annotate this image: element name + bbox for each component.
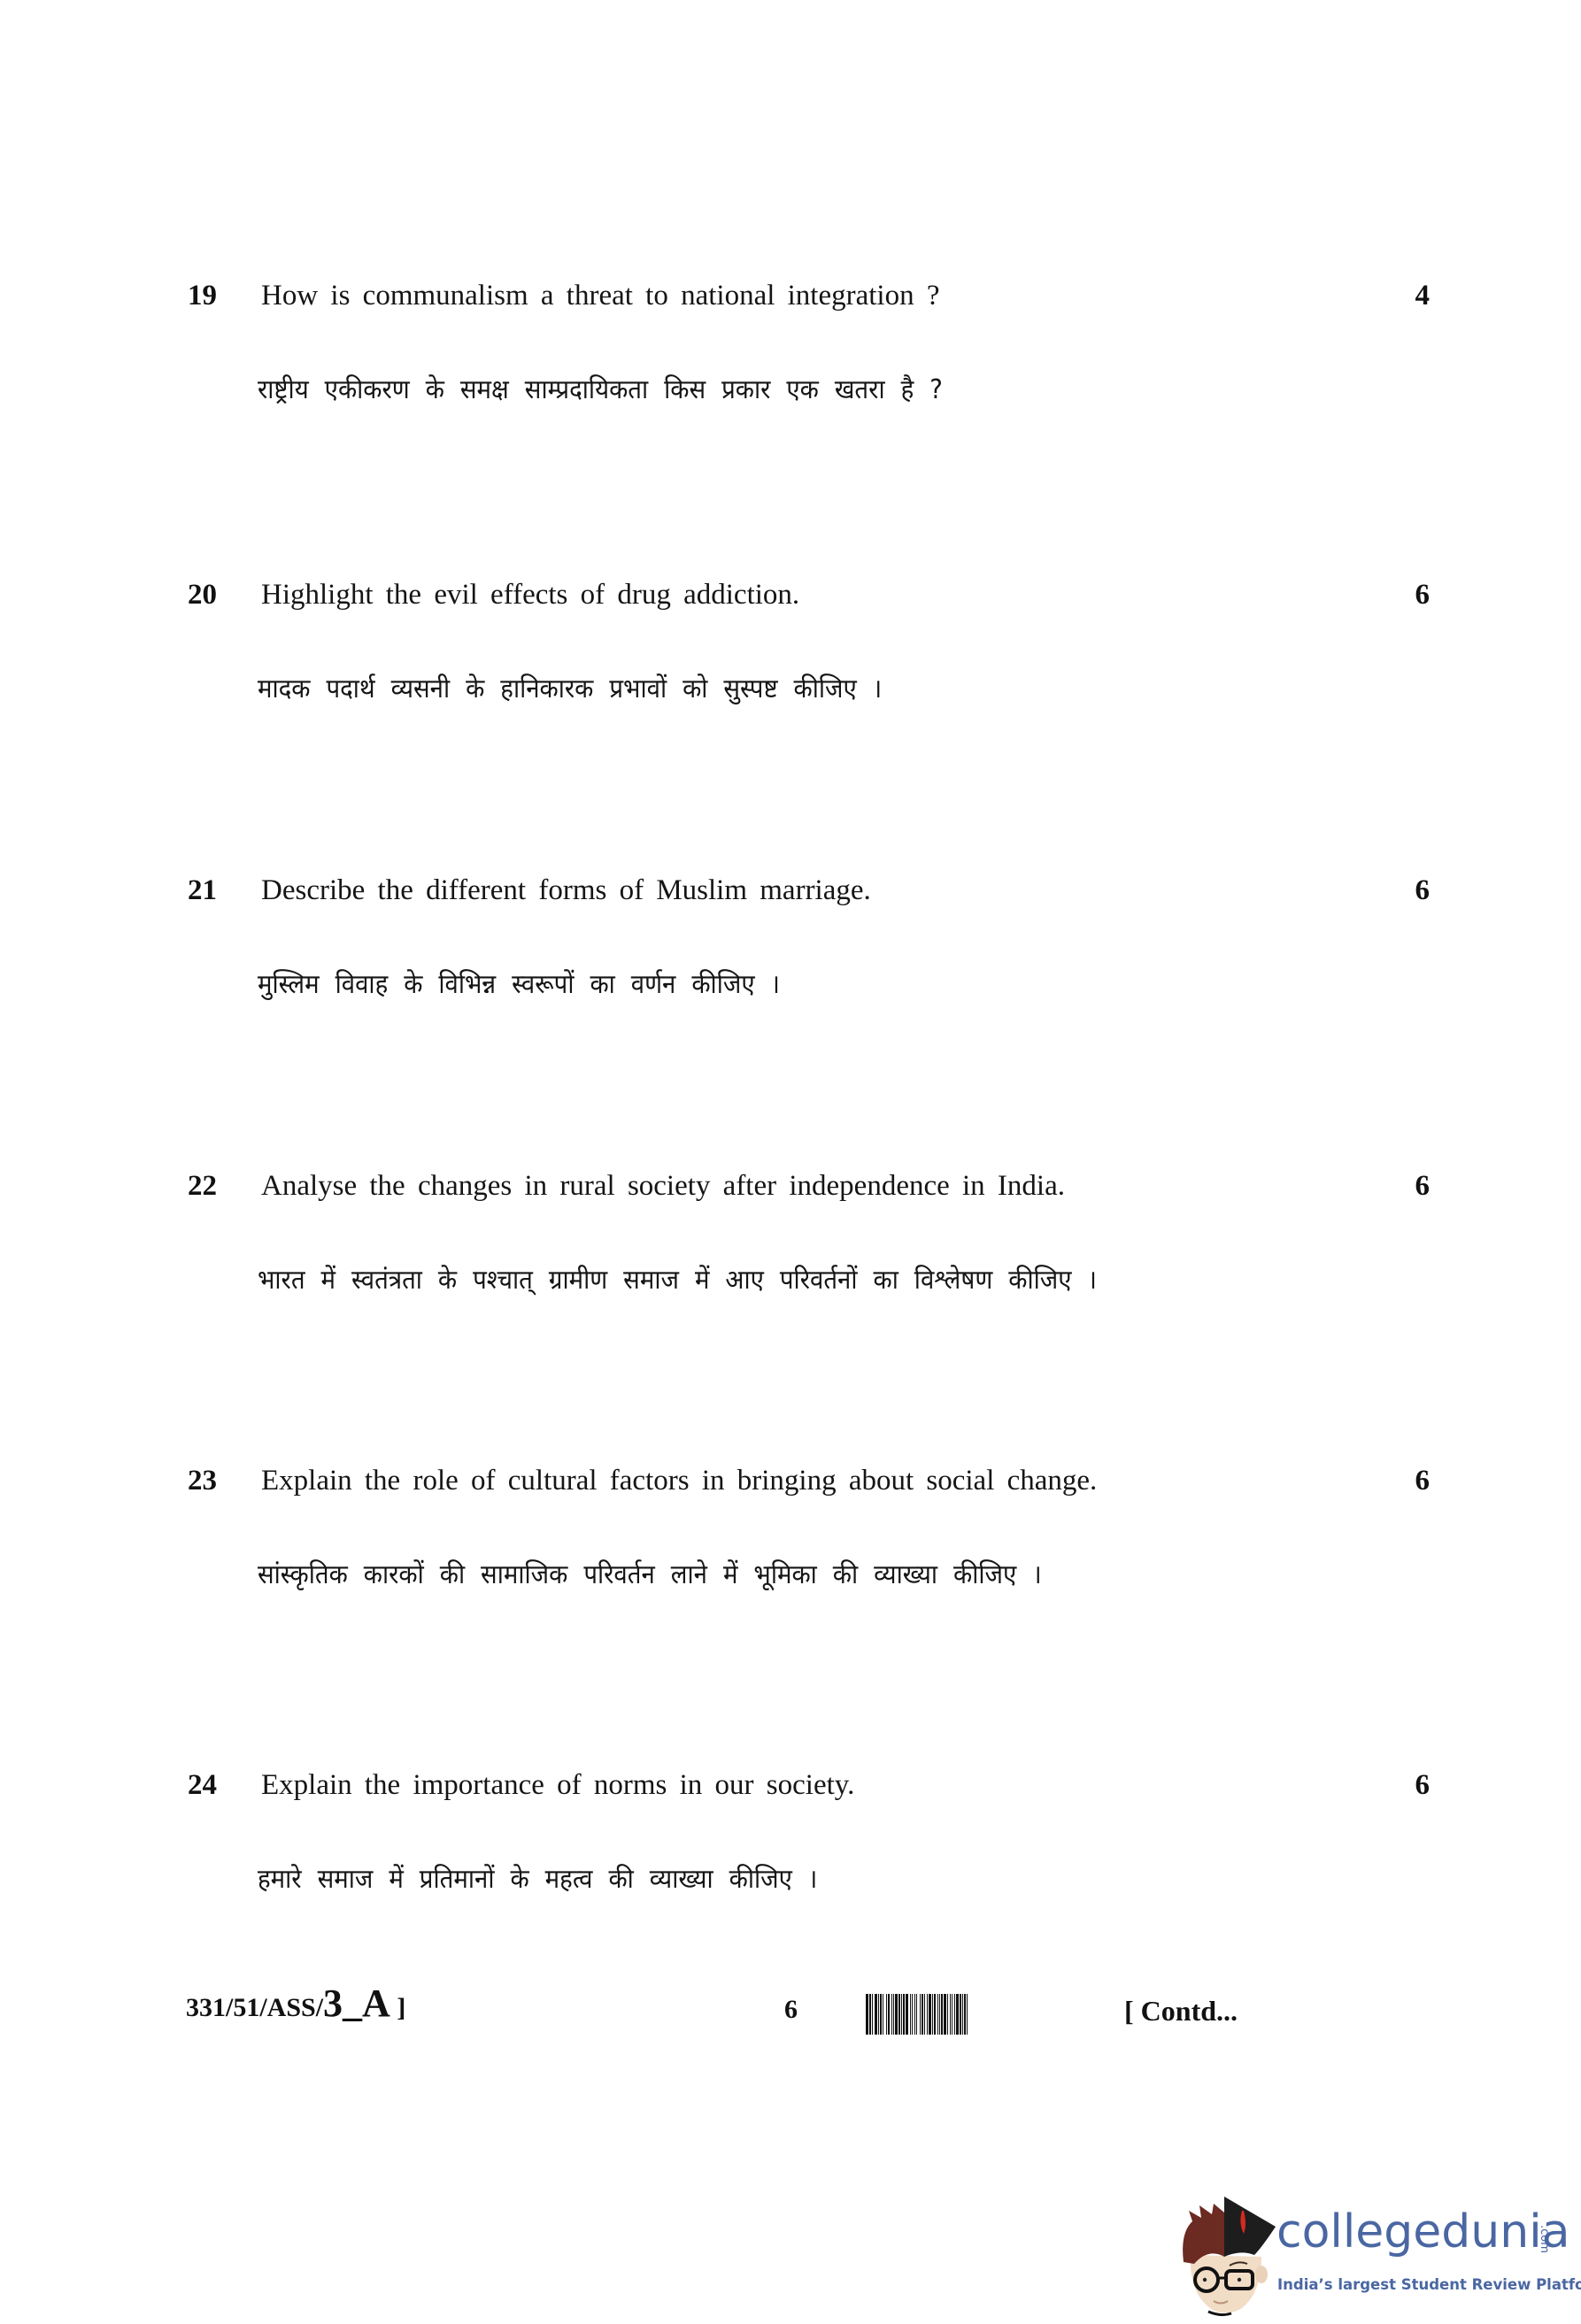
question-marks: 6: [1415, 1771, 1431, 1800]
question-23: 23 Explain the role of cultural factors …: [0, 1466, 1581, 1643]
question-22: 22 Analyse the changes in rural society …: [0, 1172, 1581, 1349]
question-number: 19: [188, 281, 217, 311]
question-number: 22: [188, 1172, 217, 1201]
question-21: 21 Describe the different forms of Musli…: [0, 876, 1581, 1053]
question-text-english: How is communalism a threat to national …: [261, 281, 940, 311]
paper-code-set: 3_A: [323, 1982, 390, 2025]
question-text-hindi: सांस्कृतिक कारकों की सामाजिक परिवर्तन ला…: [258, 1562, 1042, 1589]
logo-tagline: India’s largest Student Review Platform: [1277, 2278, 1581, 2293]
continued-label: [ Contd...: [1124, 1997, 1238, 2025]
question-number: 23: [188, 1466, 217, 1496]
paper-code-suffix: ]: [390, 1993, 406, 2022]
barcode-icon: [866, 1994, 1098, 2035]
page-number: 6: [784, 1997, 798, 2023]
page-footer: 331/51/ASS/3_A ] 6 [ Contd...: [0, 1974, 1581, 2044]
question-text-english: Highlight the evil effects of drug addic…: [261, 581, 799, 610]
question-text-hindi: राष्ट्रीय एकीकरण के समक्ष साम्प्रदायिकता…: [258, 377, 943, 404]
question-marks: 6: [1415, 1172, 1431, 1201]
logo-domain-suffix: .com: [1538, 2225, 1551, 2253]
question-text-english: Analyse the changes in rural society aft…: [261, 1172, 1065, 1201]
mascot-icon: [1173, 2193, 1284, 2317]
question-marks: 6: [1415, 1466, 1431, 1496]
question-number: 24: [188, 1771, 217, 1800]
question-text-hindi: भारत में स्वतंत्रता के पश्चात् ग्रामीण स…: [258, 1267, 1097, 1294]
question-marks: 6: [1415, 581, 1431, 610]
question-marks: 4: [1415, 281, 1431, 311]
question-24: 24 Explain the importance of norms in ou…: [0, 1771, 1581, 1948]
paper-code: 331/51/ASS/3_A ]: [186, 1984, 405, 2023]
question-marks: 6: [1415, 876, 1431, 905]
question-text-english: Explain the importance of norms in our s…: [261, 1771, 854, 1800]
question-20: 20 Highlight the evil effects of drug ad…: [0, 581, 1581, 758]
question-text-english: Describe the different forms of Muslim m…: [261, 876, 871, 905]
question-text-hindi: हमारे समाज में प्रतिमानों के महत्व की व्…: [258, 1866, 817, 1893]
question-text-hindi: मुस्लिम विवाह के विभिन्न स्वरूपों का वर्…: [258, 972, 780, 998]
question-text-english: Explain the role of cultural factors in …: [261, 1466, 1097, 1496]
collegedunia-logo: collegedunia .com India’s largest Studen…: [1168, 2186, 1581, 2324]
paper-code-prefix: 331/51/ASS/: [186, 1993, 323, 2022]
question-text-hindi: मादक पदार्थ व्यसनी के हानिकारक प्रभावों …: [258, 676, 882, 703]
logo-wordmark: collegedunia: [1276, 2209, 1570, 2255]
exam-page: 19 How is communalism a threat to nation…: [0, 0, 1581, 2324]
question-number: 21: [188, 876, 217, 905]
question-number: 20: [188, 581, 217, 610]
question-19: 19 How is communalism a threat to nation…: [0, 281, 1581, 458]
